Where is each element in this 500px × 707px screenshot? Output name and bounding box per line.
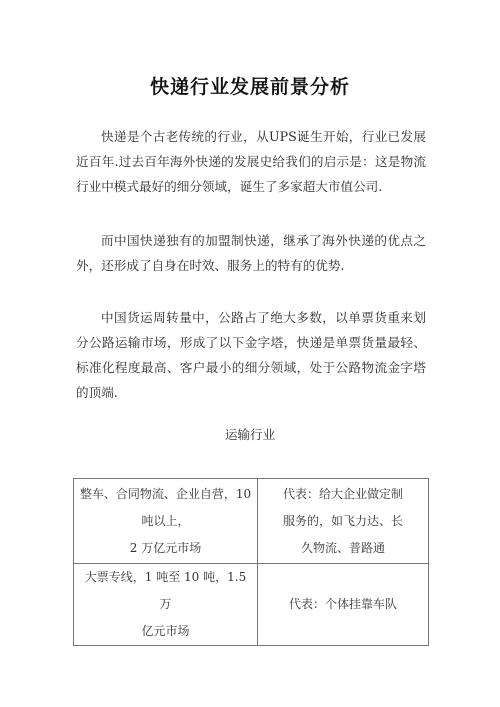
document-title: 快递行业发展前景分析 [0,72,500,99]
table-row: 大票专线，1 吨至 10 吨，1.5 万 亿元市场 代表：个体挂靠车队 [74,564,429,646]
table-row: 整车、合同物流、企业自营，10 吨以上， 2 万亿元市场 代表：给大企业做定制 … [74,479,429,564]
cell-line: 代表：给大企业做定制 [262,481,424,508]
table-caption: 运输行业 [0,424,500,443]
segment-cell: 大票专线，1 吨至 10 吨，1.5 万 亿元市场 [74,564,258,646]
representative-cell: 代表：个体挂靠车队 [258,564,429,646]
cell-line: 久物流、普路通 [262,535,424,562]
cell-line: 大票专线，1 吨至 10 吨，1.5 万 [78,564,253,618]
cell-line: 亿元市场 [78,618,253,645]
cell-line: 吨以上， [78,508,253,535]
paragraph-history: 快递是个古老传统的行业，从UPS诞生开始，行业已发展近百年.过去百年海外快递的发… [76,124,426,199]
cell-line: 代表：个体挂靠车队 [262,591,424,618]
cell-line: 服务的，如飞力达、长 [262,508,424,535]
representative-cell: 代表：给大企业做定制 服务的，如飞力达、长 久物流、普路通 [258,479,429,564]
cell-line: 2 万亿元市场 [78,535,253,562]
cell-line: 整车、合同物流、企业自营，10 [78,481,253,508]
segment-cell: 整车、合同物流、企业自营，10 吨以上， 2 万亿元市场 [74,479,258,564]
paragraph-road-freight: 中国货运周转量中，公路占了绝大多数，以单票货重来划分公路运输市场，形成了以下金字… [76,305,426,405]
paragraph-franchise: 而中国快递独有的加盟制快递，继承了海外快递的优点之外，还形成了自身在时效、服务上… [76,228,426,278]
transport-pyramid-table: 整车、合同物流、企业自营，10 吨以上， 2 万亿元市场 代表：给大企业做定制 … [73,478,429,646]
